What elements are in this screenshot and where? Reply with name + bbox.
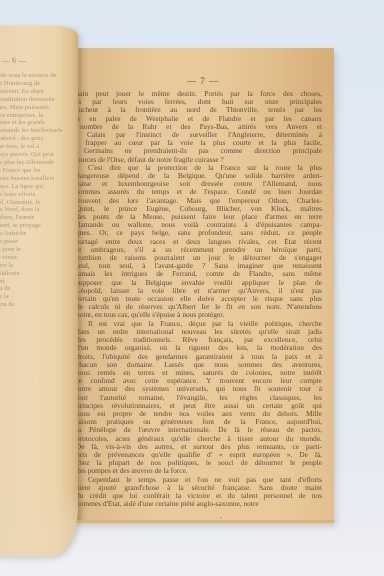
text-line: ne passe (0, 238, 76, 246)
text-line: pays pauvre. Qui peut (0, 151, 76, 159)
text-line: et pour le (0, 246, 76, 254)
text-line: deurs et les grands (0, 119, 76, 127)
text-line: supposer que la Belgique envahie voulût … (64, 279, 322, 287)
book-photo: — 7 — germain peut jouer le même destin.… (0, 0, 384, 576)
text-line: jamais les intrigues de Ferrand, comte d… (64, 270, 322, 278)
text-line: et ombrageux, s'il a su récemment prendr… (64, 246, 322, 254)
text-line: du Nord, dans la (0, 206, 76, 214)
text-line: flamande ou wallone, nous voilà contrain… (64, 221, 322, 229)
paragraph: Il est vrai que la France, déçue par la … (64, 320, 322, 476)
text-line: débouchent à la frontière au nord de Thi… (64, 106, 322, 114)
text-line: de calculs ni de réserves qu'Albert Ier … (64, 303, 322, 311)
text-line: dangereuse dépend de la Belgique. Qu'une… (64, 172, 322, 180)
text-line: C'est dire que la protection de la Franc… (64, 164, 322, 172)
text-line: Léopold, laisser la voie libre et n'arme… (64, 287, 322, 295)
text-line: souvenir. En dépit (0, 88, 76, 96)
text-line: hommes d'État, aidé d'une certaine piété… (64, 500, 322, 508)
text-line: tour l'autorité romaine, l'évangile, les… (64, 394, 322, 402)
text-line: nous rentés en terres et mines, saturés … (64, 369, 322, 377)
text-line: de leurs efforts (0, 191, 76, 199)
page-number: — 7 — (72, 76, 334, 86)
text-line: Wallonie (0, 270, 76, 278)
text-line: Cependant le temps passe et l'on ne voit… (64, 476, 322, 484)
text-line: pays. La ligne qui (0, 183, 76, 191)
text-line: le vieux (0, 254, 76, 262)
text-line: ont (0, 278, 76, 286)
text-line: tentés par leurs voies ferrées, dont hui… (64, 98, 322, 106)
left-page-text: près sous la menace dede Hombourg desouv… (0, 72, 76, 309)
text-line: en Autriche (0, 230, 76, 238)
text-line: près sous la menace de (0, 72, 76, 80)
text-line: mes. Mais puissants (0, 104, 76, 112)
page-body-text: germain peut jouer le même destin. Porté… (64, 90, 322, 508)
text-line: notre amour des systèmes universels, qui… (64, 385, 322, 393)
text-line: en nombre de la Ruhr et des Pays-Bas, at… (64, 123, 322, 131)
text-line: sommes assurés du temps et de l'espace. … (64, 188, 322, 196)
text-line: naise et luxembourgeoise soit dressée co… (64, 180, 322, 188)
text-line: Quint, le prince Eugène, Cobourg, Blüche… (64, 205, 322, 213)
text-line: droits, l'ubiquité des gendarmes garanti… (64, 353, 322, 361)
paragraph: C'est dire que la protection de la Franc… (64, 164, 322, 320)
text-line: se confond avec cette espérance. Y trouv… (64, 377, 322, 385)
text-line: nous est propre de tendre nos voiles aux… (64, 410, 322, 418)
text-line: tuiles en pales de Westphalie et de Flan… (64, 115, 322, 123)
text-line: principes révolutionnaires, et peut être… (64, 402, 322, 410)
text-line: deux bassins houillers (0, 175, 76, 183)
text-line: des ponts de la Meuse, puissent faire le… (64, 213, 322, 221)
text-line: la Pénélope de l'œuvre internationale. D… (64, 426, 322, 434)
right-page: — 7 — germain peut jouer le même destin.… (72, 48, 334, 522)
paragraph: germain peut jouer le même destin. Porté… (64, 90, 322, 164)
text-line: germain peut jouer le même destin. Porté… (64, 90, 322, 98)
text-line: de la (0, 293, 76, 301)
text-line: d'abord ; des gens (0, 135, 76, 143)
text-line: chez la plupart de nos politiques, le so… (64, 459, 322, 467)
text-line: par tous, le sol à (0, 143, 76, 151)
page-number-left: — 6 — (2, 56, 26, 65)
text-line: point, en tous cas, qu'elle s'épuise à n… (64, 311, 322, 319)
text-line: vient, se propage (0, 222, 76, 230)
text-line: seul, tout seul, à l'avant-garde ? Sans … (64, 262, 322, 270)
text-line: dans un ordre international nouveau les … (64, 328, 322, 336)
text-line: sera de (0, 301, 76, 309)
text-line: les Germains ne prendraient-ils pas comm… (64, 147, 322, 155)
text-line: d'un monde organisé, où la rigueur des l… (64, 344, 322, 352)
left-page-curl: — 6 — près sous la menace dede Hombourg … (0, 26, 78, 556)
paragraph: Cependant le temps passe et l'on ne voit… (64, 476, 322, 509)
text-line: chacun son domaine. Lassés que nous somm… (64, 361, 322, 369)
text-line: demande les intellectuels (0, 127, 76, 135)
text-line: vers Calais par l'instinct de surveiller… (64, 131, 322, 139)
text-line: raisons pratiques ou généreuses font de … (64, 418, 322, 426)
text-line: des procédés traditionnels. Rêve françai… (64, 336, 322, 344)
stray-mark: . (220, 511, 222, 520)
text-line: du crédit que lui conférait la victoire … (64, 492, 322, 500)
text-line: aient ajouté grand'chose à la sécurité f… (64, 484, 322, 492)
text-line: nous frapper au cœur par la voie la plus… (64, 139, 322, 147)
text-line: vers le (0, 262, 76, 270)
text-line: De là, vis-à-vis des autres, et surtout … (64, 443, 322, 451)
text-line: trouvent des lors l'avantage. Mais que l… (64, 197, 322, 205)
text-line: combien de raisons pourraient un jour le… (64, 254, 322, 262)
text-line: sel, Chemnitz, le (0, 199, 76, 207)
text-line: de Hombourg de (0, 80, 76, 88)
text-line: Pilsen, l'armée (0, 214, 76, 222)
text-line: les sources de l'Oise, défaut de notre f… (64, 156, 322, 164)
text-line: nos entreprises, le (0, 112, 76, 120)
text-line: protocoles, actes généraux qu'elle cherc… (64, 435, 322, 443)
text-line: Il est vrai que la France, déçue par la … (64, 320, 322, 328)
text-line: gnes. Or, ce pays belge, sans profondeur… (64, 229, 322, 237)
text-line: partagé entre deux races et deux langues… (64, 238, 322, 246)
text-line: le France que les (0, 167, 76, 175)
text-line: des pompes et des œuvres de la force. (64, 467, 322, 475)
text-line: constitution demeurée (0, 96, 76, 104)
text-line: pris de prévenances qu'elle qualifie d' … (64, 451, 322, 459)
text-line: ou de (0, 285, 76, 293)
text-line: certain qu'en toute occasion elle doive … (64, 295, 322, 303)
text-line: de plus les Allemands (0, 159, 76, 167)
